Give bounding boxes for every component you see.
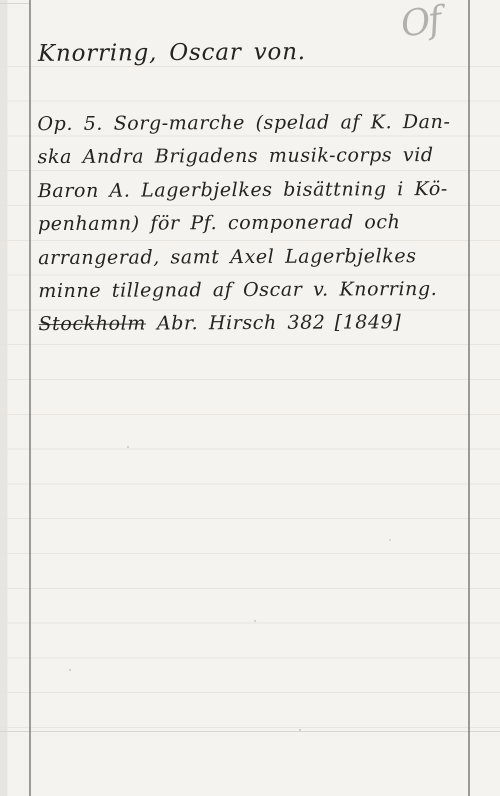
catalog-card-scan: Of Knorring, Oscar von. Op. 5. Sorg-marc…: [0, 0, 500, 796]
bottom-rule-line: [0, 731, 500, 732]
entry-line-6: minne tillegnad af Oscar v. Knorring.: [38, 273, 451, 309]
right-margin-line: [468, 0, 470, 796]
paper-edge-band: [0, 0, 8, 796]
top-edge-line: [0, 3, 30, 4]
left-margin-line: [29, 0, 31, 796]
pencil-shelf-mark: Of: [398, 0, 442, 46]
entry-line-4: penhamn) för Pf. componerad och: [38, 206, 451, 242]
imprint-year: [1849]: [335, 312, 402, 334]
entry-line-5: arrangerad, samt Axel Lagerbjelkes: [38, 240, 451, 276]
imprint-line: StockholmAbr. Hirsch 382[1849]: [38, 306, 451, 342]
entry-body: Op. 5. Sorg-marche (spelad af K. Dan- sk…: [37, 106, 451, 342]
imprint-publisher-number: Abr. Hirsch 382: [157, 312, 326, 335]
entry-line-3: Baron A. Lagerbjelkes bisättning i Kö-: [38, 173, 451, 209]
entry-line-1: Op. 5. Sorg-marche (spelad af K. Dan-: [37, 106, 450, 142]
author-heading: Knorring, Oscar von.: [38, 39, 306, 67]
imprint-place: Stockholm: [38, 313, 146, 336]
entry-line-2: ska Andra Brigadens musik-corps vid: [38, 139, 451, 175]
